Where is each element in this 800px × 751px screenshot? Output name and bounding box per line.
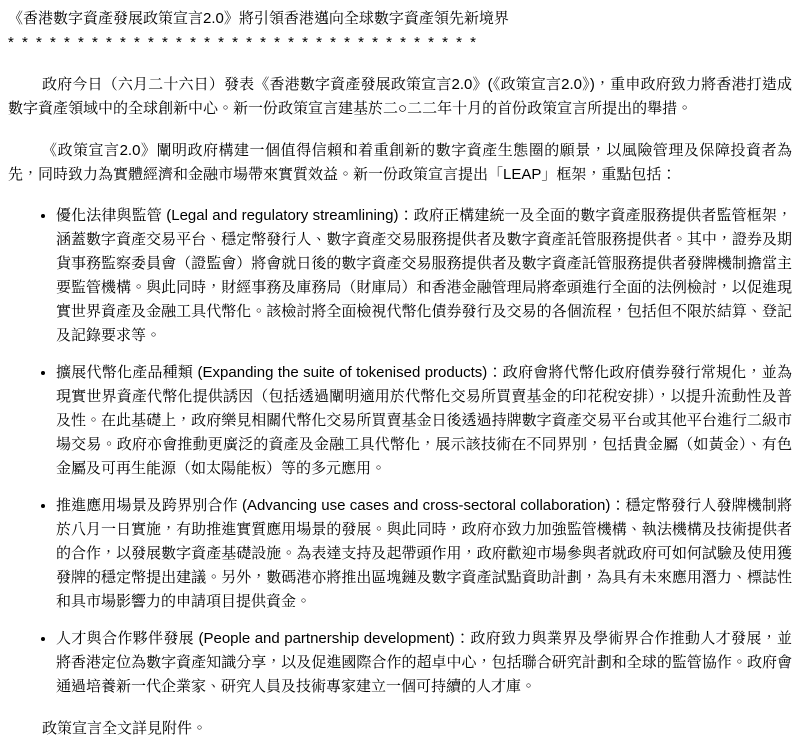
press-release-document: 《香港數字資產發展政策宣言2.0》將引領香港邁向全球數字資產領先新境界 * * …: [8, 7, 792, 741]
list-item-legal-regulatory-streamlining: 優化法律與監管 (Legal and regulatory streamlini…: [56, 204, 792, 348]
list-item-expanding-tokenised-products: 擴展代幣化產品種類 (Expanding the suite of tokeni…: [56, 361, 792, 481]
vision-paragraph: 《政策宣言2.0》闡明政府構建一個值得信賴和着重創新的數字資產生態圈的願景，以風…: [8, 139, 792, 187]
document-page: { "document": { "title": "《香港數字資產發展政策宣言2…: [0, 0, 800, 751]
leap-framework-list: 優化法律與監管 (Legal and regulatory streamlini…: [8, 204, 792, 699]
separator-line: * * * * * * * * * * * * * * * * * * * * …: [8, 31, 792, 55]
list-item-advancing-use-cases: 推進應用場景及跨界別合作 (Advancing use cases and cr…: [56, 494, 792, 614]
page-title: 《香港數字資產發展政策宣言2.0》將引領香港邁向全球數字資產領先新境界: [8, 7, 792, 31]
intro-paragraph: 政府今日（六月二十六日）發表《香港數字資產發展政策宣言2.0》(《政策宣言2.0…: [8, 73, 792, 121]
list-item-people-partnership-development: 人才與合作夥伴發展 (People and partnership develo…: [56, 627, 792, 699]
